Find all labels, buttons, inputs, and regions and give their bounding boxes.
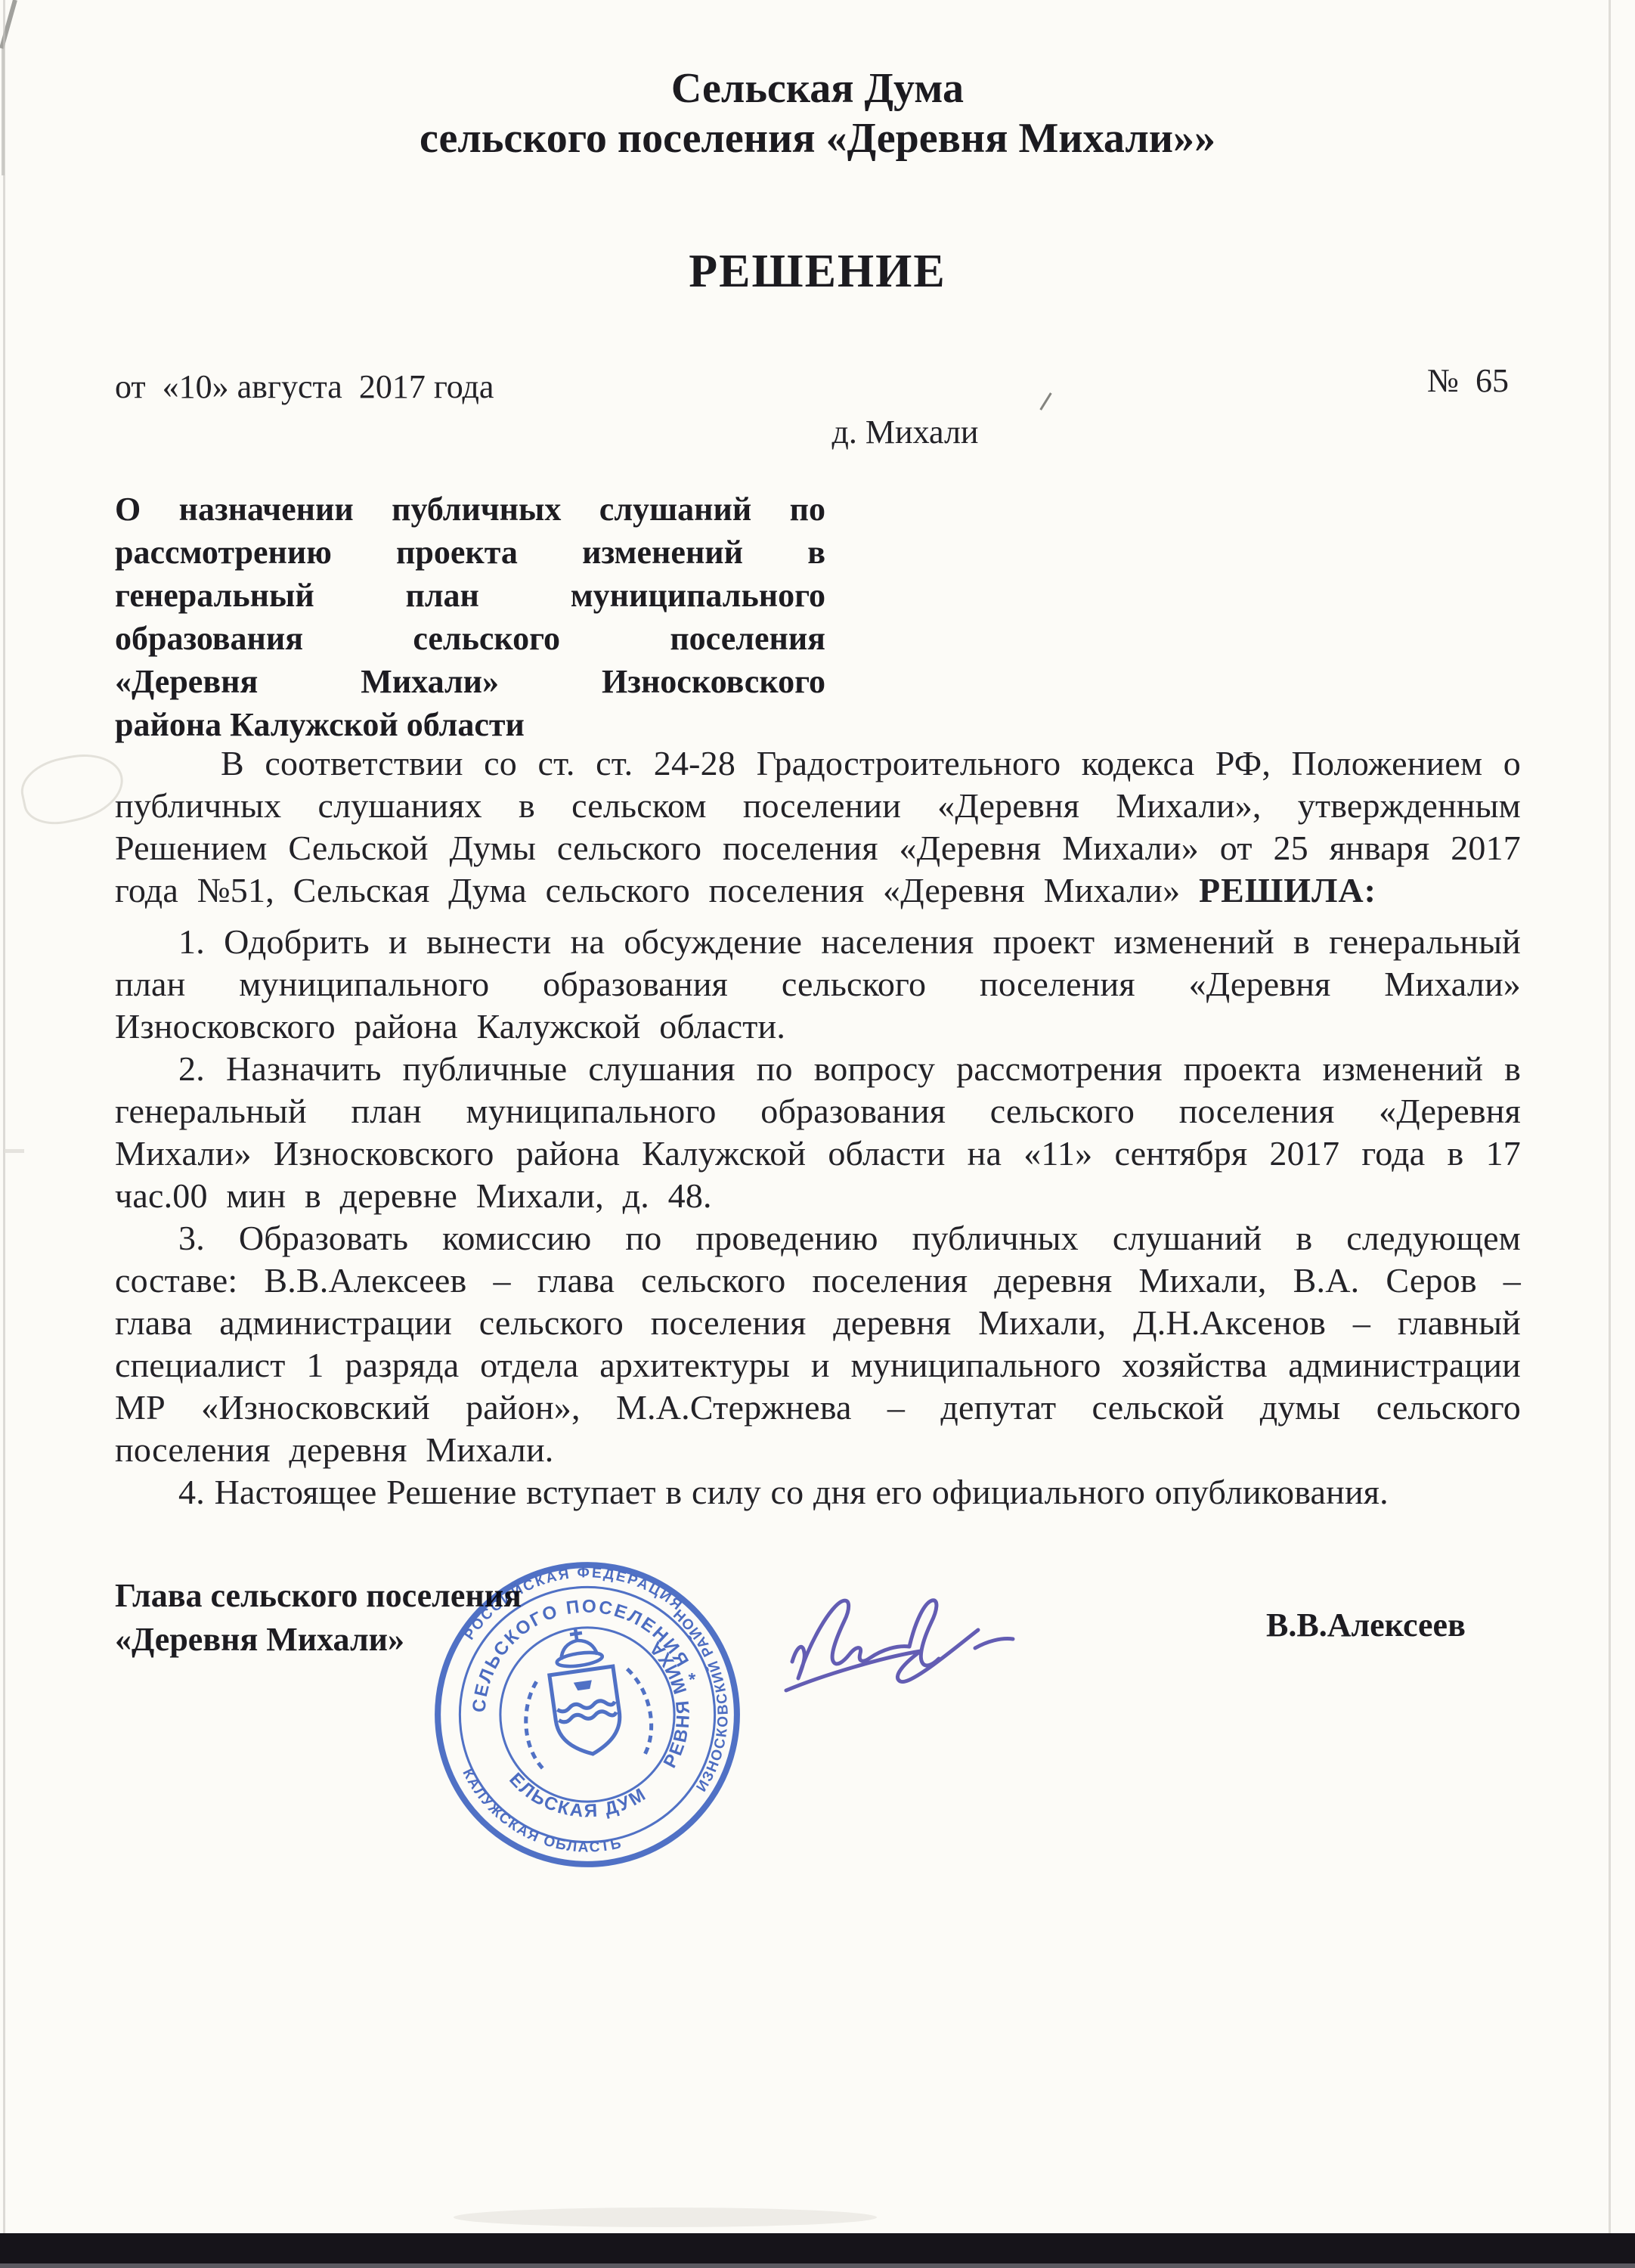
stray-pen-mark bbox=[1039, 392, 1051, 411]
document-number: № 65 bbox=[1427, 361, 1509, 400]
resolution-item-1: 1. Одобрить и вынести на обсуждение насе… bbox=[115, 921, 1521, 1048]
paper-crease-mark bbox=[16, 746, 130, 831]
document-place: д. Михали bbox=[88, 413, 1635, 451]
stamp-graphic: РОССИЙСКАЯ ФЕДЕРАЦИЯ ИЗНОСКОВСКИЙ РАЙОН … bbox=[427, 1554, 748, 1875]
subject-line: образования сельского поселения bbox=[115, 617, 825, 660]
intro-paragraph: В соответствии со ст. ст. 24-28 Градостр… bbox=[115, 742, 1521, 912]
subject-block: О назначении публичных слушаний по рассм… bbox=[115, 488, 825, 746]
document-type-title: РЕШЕНИЕ bbox=[0, 245, 1635, 299]
corner-fold-mark bbox=[0, 0, 68, 181]
scan-bottom-band-edge bbox=[0, 2263, 1635, 2268]
resolved-keyword: РЕШИЛА: bbox=[1199, 871, 1376, 909]
subject-line: района Калужской области bbox=[115, 703, 825, 746]
document-date: от «10» августа 2017 года bbox=[115, 367, 494, 406]
resolution-item-3: 3. Образовать комиссию по проведению пуб… bbox=[115, 1217, 1521, 1471]
signature-stroke bbox=[786, 1600, 1013, 1690]
subject-line: «Деревня Михали» Износковского bbox=[115, 660, 825, 703]
subject-line: рассмотрению проекта изменений в bbox=[115, 531, 825, 574]
signatory-name: В.В.Алексеев bbox=[1266, 1606, 1466, 1644]
document-body: В соответствии со ст. ст. 24-28 Градостр… bbox=[115, 742, 1521, 1514]
stray-smudge-mark bbox=[5, 1149, 24, 1153]
subject-line: генеральный план муниципального bbox=[115, 574, 825, 617]
scanned-document-page: Сельская Дума сельского поселения «Дерев… bbox=[0, 0, 1635, 2268]
scan-edge-left bbox=[3, 0, 5, 2238]
bottom-smudge bbox=[454, 2208, 877, 2227]
scan-bottom-band bbox=[0, 2233, 1635, 2263]
subject-line: О назначении публичных слушаний по bbox=[115, 488, 825, 531]
resolution-item-2: 2. Назначить публичные слушания по вопро… bbox=[115, 1048, 1521, 1217]
resolution-item-4: 4. Настоящее Решение вступает в силу со … bbox=[115, 1471, 1521, 1514]
handwritten-signature bbox=[777, 1556, 1027, 1715]
org-name-line1: Сельская Дума bbox=[0, 64, 1635, 113]
official-round-stamp: РОССИЙСКАЯ ФЕДЕРАЦИЯ ИЗНОСКОВСКИЙ РАЙОН … bbox=[427, 1554, 748, 1875]
org-name-line2: сельского поселения «Деревня Михали»» bbox=[0, 113, 1635, 163]
scan-edge-right bbox=[1609, 0, 1611, 2238]
document-header: Сельская Дума сельского поселения «Дерев… bbox=[0, 64, 1635, 163]
